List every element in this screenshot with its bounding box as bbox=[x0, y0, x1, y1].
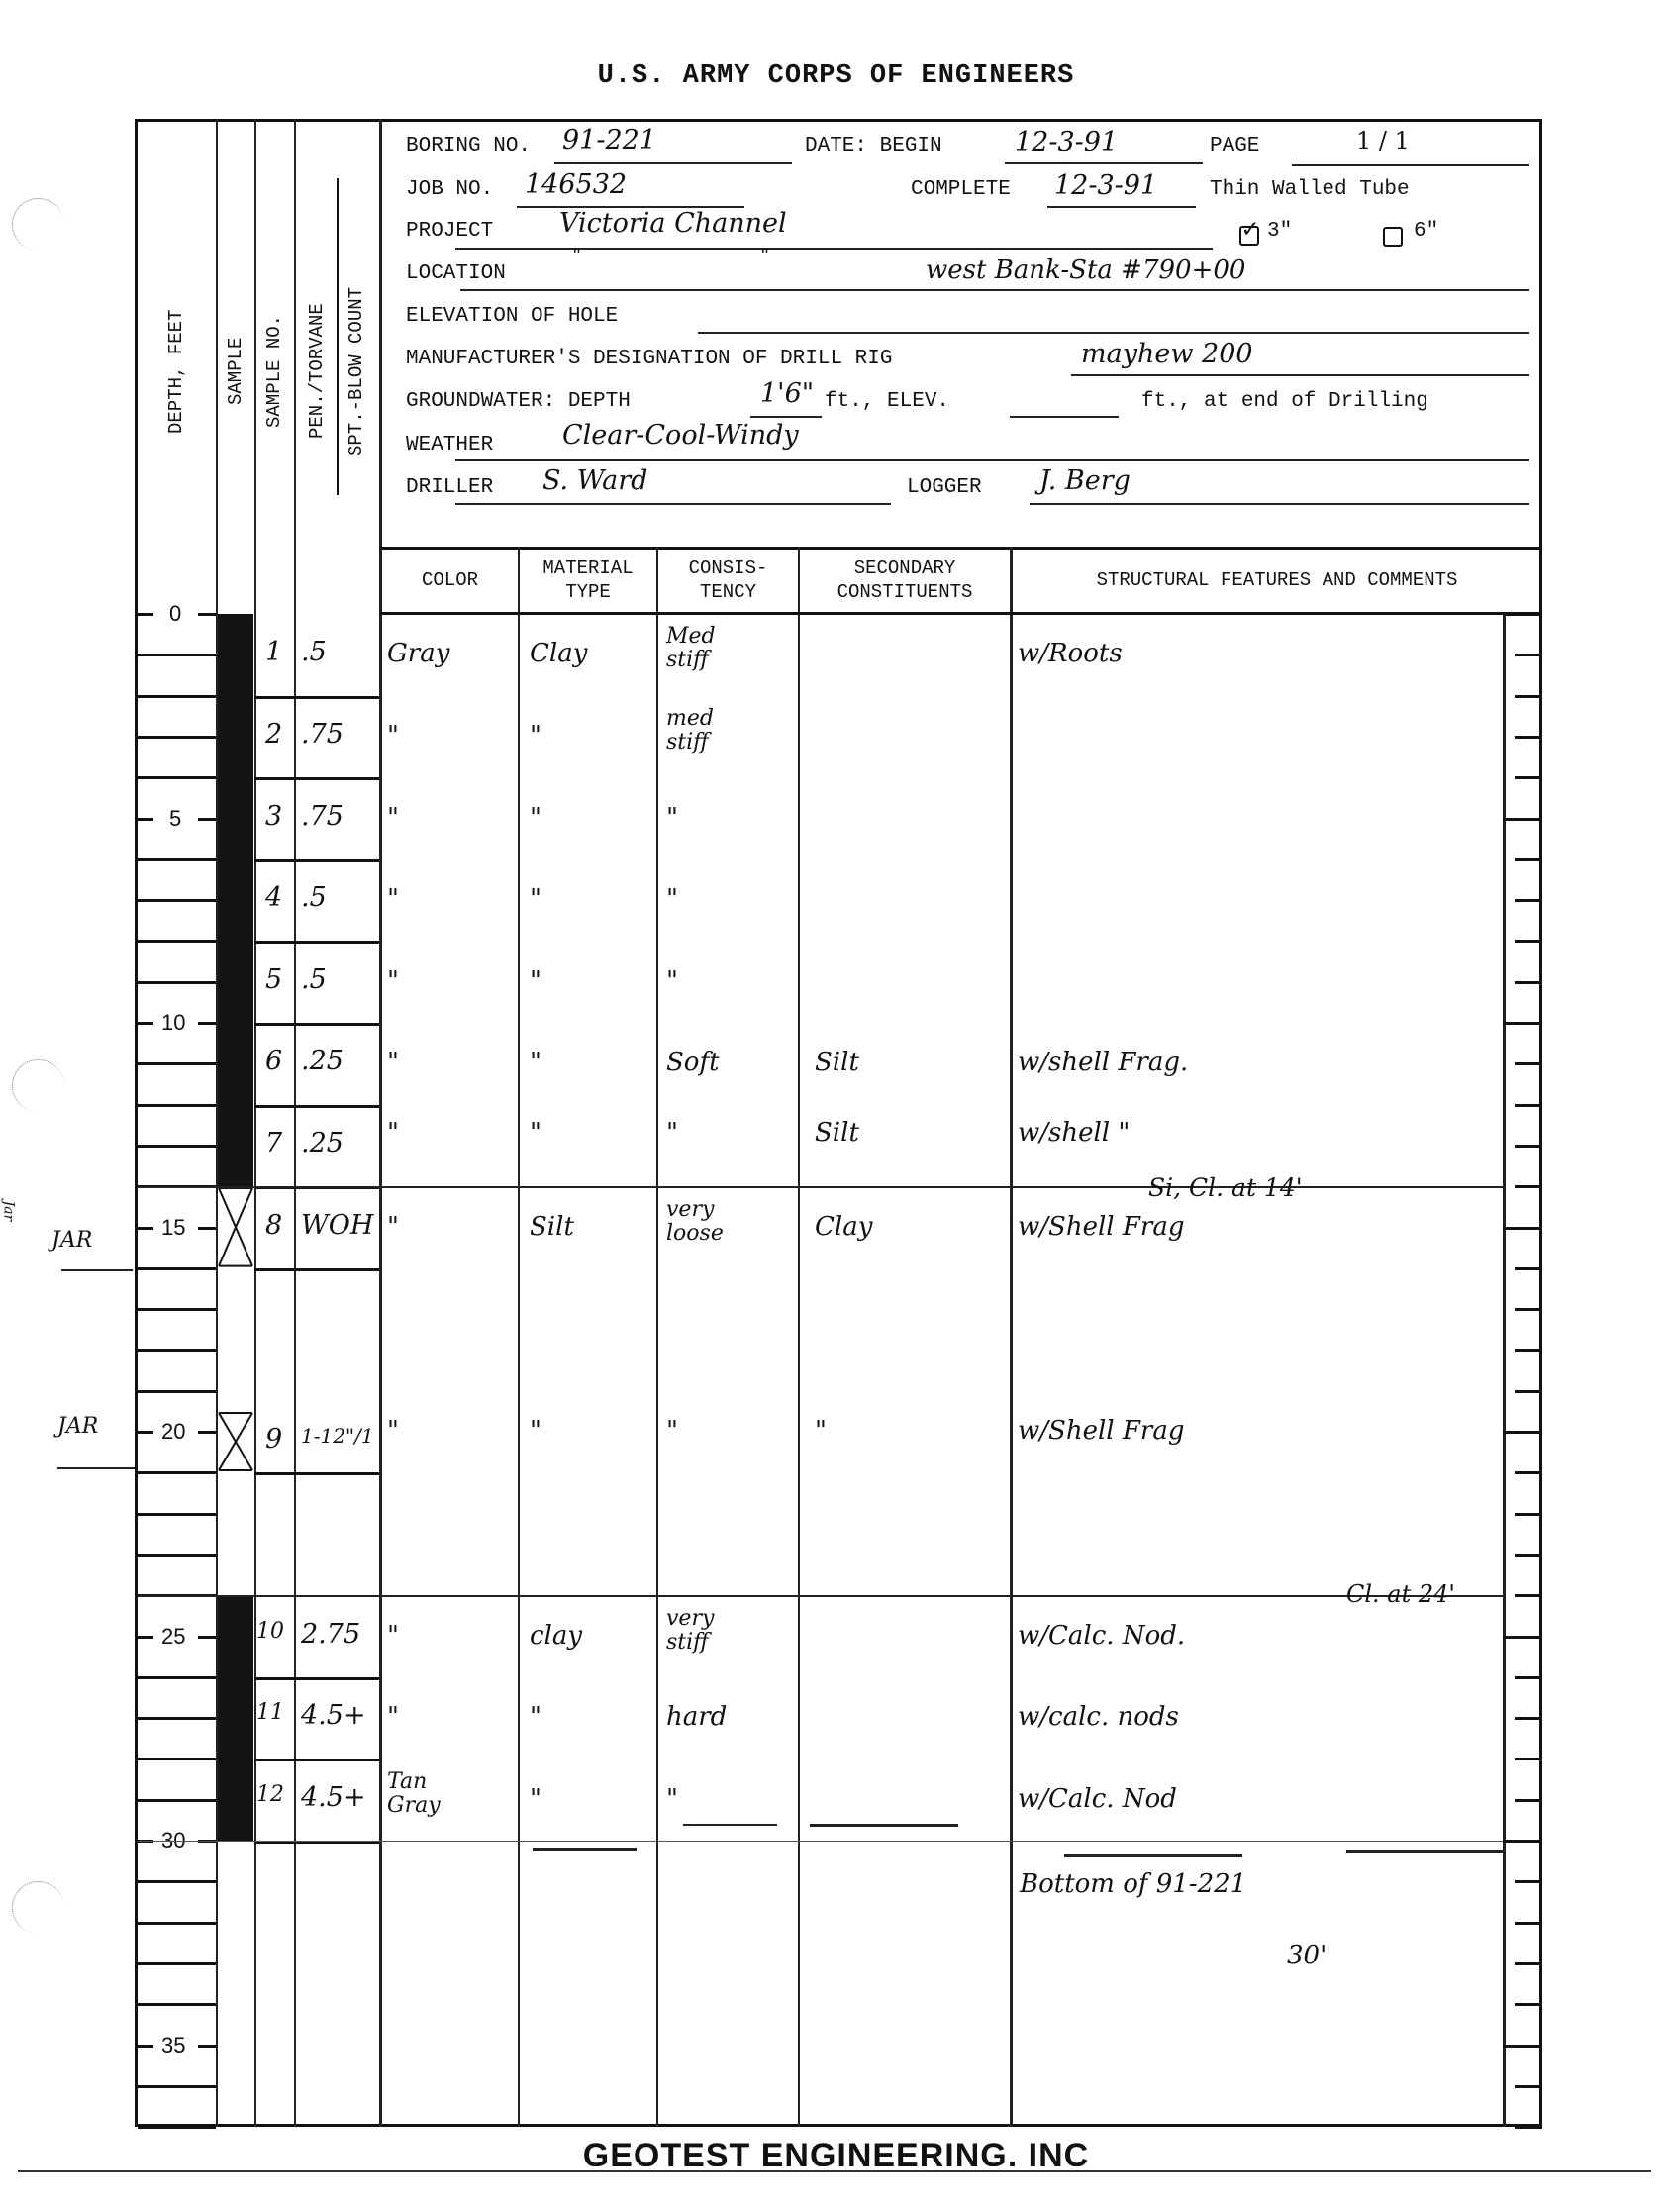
depth-tick bbox=[198, 1636, 216, 1639]
cell-consistency: " bbox=[666, 966, 678, 996]
cell-material: " bbox=[530, 1416, 541, 1446]
cell-color: Gray bbox=[387, 639, 449, 668]
depth-tick bbox=[138, 1636, 153, 1639]
driller-value[interactable]: S. Ward bbox=[542, 465, 647, 496]
sample-divider bbox=[254, 1023, 379, 1026]
right-depth-tick bbox=[1515, 1962, 1542, 1965]
logger-value[interactable]: J. Berg bbox=[1039, 465, 1131, 496]
elevation-label: ELEVATION OF HOLE bbox=[406, 305, 618, 328]
depth-tick bbox=[138, 1471, 216, 1474]
cell-comments: w/shell " bbox=[1018, 1118, 1130, 1148]
col-material-header: MATERIAL TYPE bbox=[520, 550, 656, 611]
groundwater-end-label: ft., at end of Drilling bbox=[1141, 390, 1428, 413]
col-sample-no-header: SAMPLE NO. bbox=[258, 158, 290, 584]
field-underline bbox=[1071, 374, 1529, 376]
right-depth-tick bbox=[1515, 1513, 1542, 1516]
handwritten-underline bbox=[683, 1824, 777, 1826]
depth-tick bbox=[138, 940, 216, 943]
tube-sample-fill bbox=[218, 614, 253, 696]
cell-comments: w/Calc. Nod bbox=[1018, 1784, 1177, 1814]
handwritten-underline bbox=[1346, 1850, 1505, 1853]
cell-color: " bbox=[387, 1702, 399, 1732]
depth-label: 20 bbox=[158, 1419, 188, 1445]
right-depth-tick bbox=[1503, 1431, 1542, 1434]
cell-material: " bbox=[530, 966, 541, 996]
description-row: """"w/Shell Frag bbox=[379, 1416, 1503, 1456]
depth-tick bbox=[138, 1880, 216, 1883]
pen-value: .25 bbox=[301, 1046, 344, 1076]
divider bbox=[379, 612, 1542, 615]
cell-material: " bbox=[530, 721, 541, 751]
description-row: "clayvery stiffw/Calc. Nod. bbox=[379, 1621, 1503, 1660]
col-pen-header-top: PEN./TORVANE bbox=[297, 158, 337, 584]
right-depth-tick bbox=[1515, 1145, 1542, 1148]
depth-tick bbox=[198, 1227, 216, 1230]
col-structural-header: STRUCTURAL FEATURES AND COMMENTS bbox=[1089, 550, 1465, 611]
right-depth-tick bbox=[1515, 1185, 1542, 1188]
right-depth-tick bbox=[1515, 1349, 1542, 1352]
location-ditto-1: " bbox=[572, 244, 581, 267]
sample-number: 12 bbox=[256, 1782, 284, 1807]
sample-divider bbox=[254, 1759, 379, 1761]
cell-consistency: " bbox=[666, 803, 678, 833]
handwritten-underline bbox=[533, 1848, 637, 1851]
right-depth-tick bbox=[1515, 654, 1542, 656]
cell-material: " bbox=[530, 884, 541, 914]
right-depth-tick bbox=[1515, 2085, 1542, 2088]
tube-sample-fill bbox=[218, 1677, 253, 1760]
cell-consistency: very stiff bbox=[666, 1607, 714, 1655]
right-depth-tick bbox=[1515, 1308, 1542, 1311]
cell-comments: w/shell Frag. bbox=[1018, 1048, 1188, 1077]
logger-label: LOGGER bbox=[907, 476, 982, 499]
right-depth-tick bbox=[1515, 1922, 1542, 1925]
pen-value: .25 bbox=[301, 1128, 344, 1158]
tube-3in-label: 3" bbox=[1267, 220, 1292, 243]
field-underline bbox=[750, 416, 822, 418]
cell-color: " bbox=[387, 1621, 399, 1651]
depth-tick bbox=[138, 1513, 216, 1516]
handwritten-underline bbox=[810, 1824, 958, 1827]
depth-tick bbox=[138, 613, 153, 616]
depth-tick bbox=[138, 1717, 216, 1720]
depth-tick bbox=[198, 613, 216, 616]
right-depth-tick bbox=[1515, 899, 1542, 902]
col-sample-header: SAMPLE bbox=[220, 158, 251, 584]
cell-consistency: Soft bbox=[666, 1048, 720, 1077]
sample-divider bbox=[254, 859, 379, 862]
pen-value: 4.5+ bbox=[301, 1782, 366, 1813]
depth-label: 25 bbox=[158, 1624, 188, 1650]
cell-color: " bbox=[387, 803, 399, 833]
sample-number: 2 bbox=[265, 719, 282, 750]
punch-hole bbox=[12, 198, 64, 251]
cell-comments: w/Calc. Nod. bbox=[1018, 1621, 1185, 1651]
right-depth-tick bbox=[1503, 818, 1542, 821]
sample-divider bbox=[254, 1472, 379, 1475]
right-depth-tick bbox=[1515, 776, 1542, 779]
description-row: GrayClayMed stiffw/Roots bbox=[379, 639, 1503, 678]
right-depth-tick bbox=[1515, 2003, 1542, 2006]
pen-value: .5 bbox=[301, 882, 327, 913]
depth-tick bbox=[138, 1104, 216, 1107]
cell-comments: w/Roots bbox=[1018, 639, 1123, 668]
right-depth-tick bbox=[1515, 1554, 1542, 1557]
description-row: """Siltw/shell " bbox=[379, 1118, 1503, 1157]
divider bbox=[294, 119, 296, 2127]
divider bbox=[518, 547, 520, 2127]
tube-3in-checkbox[interactable]: ✓ bbox=[1239, 226, 1259, 246]
sample-number: 1 bbox=[265, 637, 282, 667]
sample-number: 11 bbox=[256, 1700, 284, 1725]
depth-tick bbox=[138, 1799, 216, 1802]
right-depth-tick bbox=[1515, 940, 1542, 943]
depth-tick bbox=[138, 1062, 216, 1065]
divider bbox=[1010, 547, 1013, 2127]
depth-tick bbox=[138, 1267, 216, 1270]
sample-number: 7 bbox=[265, 1128, 282, 1158]
jar-label: JAR bbox=[51, 1228, 92, 1253]
col-color-header: COLOR bbox=[382, 550, 518, 611]
tube-label: Thin Walled Tube bbox=[1210, 178, 1410, 201]
depth-tick bbox=[138, 1308, 216, 1311]
handwritten-underline bbox=[1064, 1854, 1242, 1857]
sample-number: 3 bbox=[265, 801, 282, 832]
cell-secondary: Clay bbox=[815, 1212, 872, 1242]
jar-label: JAR bbox=[57, 1414, 98, 1439]
depth-tick bbox=[138, 2126, 216, 2129]
tube-6in-label: 6" bbox=[1414, 220, 1438, 243]
right-depth-tick bbox=[1503, 613, 1542, 616]
depth-tick bbox=[138, 899, 216, 902]
field-underline bbox=[1005, 162, 1203, 164]
pen-value: .75 bbox=[301, 801, 344, 832]
cell-comments: w/Shell Frag bbox=[1018, 1212, 1184, 1242]
right-depth-tick bbox=[1503, 1227, 1542, 1230]
cell-color: Tan Gray bbox=[387, 1770, 441, 1818]
punch-hole bbox=[12, 1059, 64, 1112]
cell-consistency: med stiff bbox=[666, 707, 714, 754]
right-depth-tick bbox=[1503, 2045, 1542, 2048]
pen-value: 2.75 bbox=[301, 1619, 360, 1650]
jar-underline bbox=[61, 1269, 133, 1271]
right-depth-tick bbox=[1515, 1594, 1542, 1597]
cell-color: " bbox=[387, 884, 399, 914]
sample-number: 8 bbox=[265, 1210, 282, 1241]
depth-label: 10 bbox=[158, 1010, 188, 1036]
cell-comments: w/calc. nods bbox=[1018, 1702, 1179, 1732]
right-depth-tick bbox=[1515, 1471, 1542, 1474]
sample-divider bbox=[254, 1268, 379, 1271]
cell-material: " bbox=[530, 1048, 541, 1077]
annotation-cl-at: Cl. at 24' bbox=[1346, 1580, 1455, 1608]
description-row: ""hardw/calc. nods bbox=[379, 1702, 1503, 1742]
agency-title: U.S. ARMY CORPS OF ENGINEERS bbox=[0, 61, 1672, 91]
right-depth-tick bbox=[1515, 736, 1542, 739]
cell-material: " bbox=[530, 1702, 541, 1732]
divider bbox=[656, 547, 658, 2127]
right-depth-tick bbox=[1503, 1022, 1542, 1025]
depth-tick bbox=[138, 1349, 216, 1352]
depth-tick bbox=[138, 1676, 216, 1679]
depth-tick bbox=[138, 818, 153, 821]
depth-tick bbox=[138, 2085, 216, 2088]
tube-6in-checkbox[interactable] bbox=[1383, 227, 1403, 247]
field-underline bbox=[460, 289, 1529, 291]
pen-value: .5 bbox=[301, 964, 327, 995]
annotation-si-cl: Si, Cl. at 14' bbox=[1148, 1173, 1303, 1202]
location-value[interactable]: west Bank-Sta #790+00 bbox=[926, 255, 1245, 285]
right-depth-tick bbox=[1515, 1880, 1542, 1883]
right-depth-tick bbox=[1515, 1717, 1542, 1720]
col-pen-header-bottom: SPT.-BLOW COUNT bbox=[337, 158, 376, 584]
jar-underline bbox=[57, 1467, 135, 1469]
field-underline bbox=[1010, 416, 1119, 418]
cell-comments: w/Shell Frag bbox=[1018, 1416, 1184, 1446]
right-depth-tick bbox=[1515, 1062, 1542, 1065]
pen-value: WOH bbox=[301, 1210, 373, 1241]
field-underline bbox=[455, 459, 1529, 461]
cell-color: " bbox=[387, 1118, 399, 1148]
depth-tick bbox=[198, 2045, 216, 2048]
location-label: LOCATION bbox=[406, 262, 506, 285]
groundwater-label: GROUNDWATER: DEPTH bbox=[406, 390, 631, 413]
cell-consistency: " bbox=[666, 1416, 678, 1446]
margin-scribble: Jar bbox=[0, 1201, 16, 1222]
sample-divider bbox=[254, 696, 379, 699]
depth-tick bbox=[198, 1431, 216, 1434]
cell-secondary: Silt bbox=[815, 1118, 859, 1148]
divider bbox=[798, 547, 800, 2127]
description-row: """ bbox=[379, 884, 1503, 924]
description-row: "Siltvery looseClayw/Shell Frag bbox=[379, 1212, 1503, 1252]
description-row: Tan Gray""w/Calc. Nod bbox=[379, 1784, 1503, 1824]
cell-consistency: " bbox=[666, 1784, 678, 1814]
right-depth-tick bbox=[1515, 695, 1542, 698]
company-footer: GEOTEST ENGINEERING, INC bbox=[0, 2137, 1672, 2166]
depth-tick bbox=[138, 1962, 216, 1965]
depth-tick bbox=[198, 1022, 216, 1025]
right-depth-tick bbox=[1515, 1267, 1542, 1270]
tube-sample-fill bbox=[218, 696, 253, 778]
rig-label: MANUFACTURER'S DESIGNATION OF DRILL RIG bbox=[406, 348, 892, 370]
cell-consistency: " bbox=[666, 884, 678, 914]
depth-label: 0 bbox=[166, 601, 184, 627]
right-depth-tick bbox=[1515, 1758, 1542, 1760]
driller-label: DRILLER bbox=[406, 476, 493, 499]
sample-number: 4 bbox=[265, 882, 282, 913]
divider bbox=[1503, 614, 1506, 2127]
groundwater-depth-value[interactable]: 1'6" bbox=[760, 378, 814, 409]
depth-tick bbox=[138, 1758, 216, 1760]
sample-number: 5 bbox=[265, 964, 282, 995]
tube-sample-fill bbox=[218, 859, 253, 942]
depth-label: 5 bbox=[166, 806, 184, 832]
description-row: """ bbox=[379, 966, 1503, 1006]
right-depth-tick bbox=[1515, 981, 1542, 984]
location-ditto-2: " bbox=[760, 244, 769, 267]
tube-sample-fill bbox=[218, 1759, 253, 1841]
groundwater-elev-label: ft., ELEV. bbox=[825, 390, 949, 413]
sample-divider bbox=[254, 1105, 379, 1108]
pen-value: 4.5+ bbox=[301, 1700, 366, 1731]
tube-sample-fill bbox=[218, 1595, 253, 1677]
tube-sample-fill bbox=[218, 941, 253, 1023]
right-depth-tick bbox=[1503, 1840, 1542, 1843]
field-underline bbox=[1292, 164, 1529, 166]
cell-secondary: Silt bbox=[815, 1048, 859, 1077]
divider bbox=[254, 119, 256, 2127]
job-no-value[interactable]: 146532 bbox=[525, 169, 627, 200]
jar-sample-x-icon bbox=[217, 1411, 254, 1472]
cell-consistency: hard bbox=[666, 1702, 727, 1732]
col-consistency-header: CONSIS- TENCY bbox=[658, 550, 798, 611]
punch-hole bbox=[12, 1881, 64, 1934]
rig-value[interactable]: mayhew 200 bbox=[1081, 339, 1253, 369]
sample-number: 6 bbox=[265, 1046, 282, 1076]
sample-number: 9 bbox=[265, 1424, 282, 1455]
description-row: ""SoftSiltw/shell Frag. bbox=[379, 1048, 1503, 1087]
depth-tick bbox=[198, 818, 216, 821]
weather-value[interactable]: Clear-Cool-Windy bbox=[562, 420, 799, 451]
boring-no-label: BORING NO. bbox=[406, 135, 531, 157]
date-begin-value[interactable]: 12-3-91 bbox=[1015, 127, 1118, 157]
right-depth-tick bbox=[1515, 2126, 1542, 2129]
checkmark-icon: ✓ bbox=[1242, 214, 1258, 245]
col-depth-header: DEPTH, FEET bbox=[148, 158, 204, 584]
field-underline bbox=[455, 503, 891, 505]
sample-number: 10 bbox=[256, 1619, 284, 1644]
cell-consistency: " bbox=[666, 1118, 678, 1148]
complete-label: COMPLETE bbox=[911, 178, 1011, 201]
depth-label: 15 bbox=[158, 1215, 188, 1241]
page-label: PAGE bbox=[1210, 135, 1259, 157]
cell-material: Silt bbox=[530, 1212, 574, 1242]
right-depth-tick bbox=[1503, 1636, 1542, 1639]
cell-consistency: Med stiff bbox=[666, 625, 716, 672]
col-secondary-header: SECONDARY CONSTITUENTS bbox=[800, 550, 1010, 611]
depth-label: 35 bbox=[158, 2033, 188, 2059]
depth-tick bbox=[138, 1227, 153, 1230]
depth-tick bbox=[138, 2003, 216, 2006]
page-value: 1 / 1 bbox=[1356, 127, 1410, 154]
depth-tick bbox=[138, 654, 216, 656]
depth-tick bbox=[138, 1022, 153, 1025]
tube-sample-fill bbox=[218, 777, 253, 859]
date-complete-value[interactable]: 12-3-91 bbox=[1054, 170, 1157, 201]
depth-tick bbox=[138, 695, 216, 698]
annotation-bottom-depth: 30' bbox=[1287, 1941, 1327, 1970]
cell-color: " bbox=[387, 966, 399, 996]
field-underline bbox=[1047, 206, 1196, 208]
depth-tick bbox=[138, 1431, 153, 1434]
sample-divider bbox=[254, 941, 379, 944]
annotation-bottom: Bottom of 91-221 bbox=[1020, 1869, 1246, 1899]
cell-material: " bbox=[530, 1784, 541, 1814]
depth-tick bbox=[138, 2045, 153, 2048]
cell-color: " bbox=[387, 1416, 399, 1446]
depth-tick bbox=[138, 1145, 216, 1148]
right-depth-tick bbox=[1515, 1676, 1542, 1679]
cell-material: " bbox=[530, 1118, 541, 1148]
cell-material: Clay bbox=[530, 639, 587, 668]
footer-line bbox=[18, 2170, 1651, 2172]
depth-tick bbox=[138, 981, 216, 984]
description-row: """ bbox=[379, 803, 1503, 843]
right-depth-tick bbox=[1515, 858, 1542, 861]
cell-material: " bbox=[530, 803, 541, 833]
field-underline bbox=[1030, 503, 1529, 505]
boring-bottom-line bbox=[138, 1841, 1503, 1842]
strata-line bbox=[138, 1595, 1503, 1597]
right-depth-tick bbox=[1515, 1104, 1542, 1107]
field-underline bbox=[455, 248, 1213, 250]
right-depth-tick bbox=[1515, 1390, 1542, 1393]
cell-secondary: " bbox=[815, 1416, 827, 1446]
field-underline bbox=[554, 162, 792, 164]
jar-sample-x-icon bbox=[217, 1186, 254, 1268]
job-no-label: JOB NO. bbox=[406, 178, 493, 201]
depth-tick bbox=[138, 1922, 216, 1925]
cell-consistency: very loose bbox=[666, 1198, 724, 1246]
depth-tick bbox=[138, 1554, 216, 1557]
pen-value: .5 bbox=[301, 637, 327, 667]
description-row: ""med stiff bbox=[379, 721, 1503, 760]
field-underline bbox=[698, 332, 1529, 334]
project-label: PROJECT bbox=[406, 220, 493, 243]
sample-divider bbox=[254, 777, 379, 780]
weather-label: WEATHER bbox=[406, 434, 493, 456]
cell-color: " bbox=[387, 1048, 399, 1077]
boring-no-value[interactable]: 91-221 bbox=[562, 125, 656, 155]
tube-sample-fill bbox=[218, 1023, 253, 1105]
cell-color: " bbox=[387, 1212, 399, 1242]
depth-tick bbox=[138, 858, 216, 861]
sample-divider bbox=[254, 1677, 379, 1680]
cell-color: " bbox=[387, 721, 399, 751]
date-begin-label: DATE: BEGIN bbox=[805, 135, 942, 157]
project-value[interactable]: Victoria Channel bbox=[559, 208, 787, 239]
depth-tick bbox=[138, 1390, 216, 1393]
depth-tick bbox=[138, 736, 216, 739]
cell-material: clay bbox=[530, 1621, 582, 1651]
pen-value: .75 bbox=[301, 719, 344, 750]
tube-sample-fill bbox=[218, 1105, 253, 1187]
pen-value: 1-12"/1 bbox=[301, 1424, 374, 1448]
depth-tick bbox=[138, 776, 216, 779]
right-depth-tick bbox=[1515, 1799, 1542, 1802]
